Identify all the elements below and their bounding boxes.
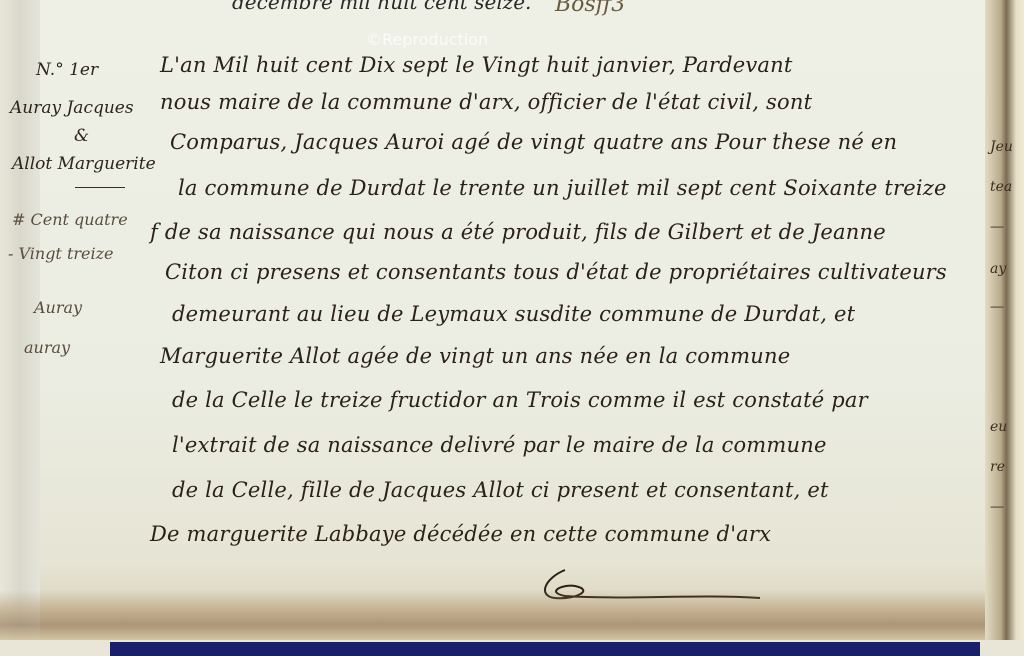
body-line-12: De marguerite Labbaye décédée en cette c…	[150, 524, 771, 545]
body-line-11: de la Celle, fille de Jacques Allot ci p…	[172, 480, 829, 501]
edge-fragment-2: tea	[990, 180, 1024, 194]
body-line-1: L'an Mil huit cent Dix sept le Vingt hui…	[160, 55, 793, 76]
margin-name-bride: Allot Marguerite	[12, 156, 156, 173]
body-line-3: Comparus, Jacques Auroi agé de vingt qua…	[170, 132, 897, 153]
body-line-7: demeurant au lieu de Leymaux susdite com…	[172, 304, 855, 325]
register-page: décembre mil huit cent seize. Bosff3 ©Re…	[0, 0, 1000, 640]
body-line-10: l'extrait de sa naissance delivré par le…	[172, 435, 827, 456]
edge-fragment-7: re	[990, 460, 1024, 474]
handwritten-header-mark: Bosff3	[555, 0, 625, 17]
body-line-4: la commune de Durdat le trente un juille…	[178, 178, 947, 199]
edge-fragment-4: ay	[990, 262, 1024, 276]
body-line-9: de la Celle le treize fructidor an Trois…	[172, 390, 868, 411]
edge-fragment-1: Jeu	[990, 140, 1024, 154]
margin-note-line-2: - Vingt treize	[8, 246, 114, 262]
blue-binding-strip	[110, 642, 980, 656]
edge-fragment-8: —	[990, 500, 1024, 514]
margin-entry-number: N.° 1er	[36, 62, 98, 79]
margin-note-line-3: Auray	[34, 300, 82, 316]
edge-fragment-3: —	[990, 220, 1024, 234]
printed-header-text: décembre mil huit cent seize.	[232, 0, 531, 14]
margin-note-line-1: # Cent quatre	[12, 212, 128, 228]
body-line-2: nous maire de la commune d'arx, officier…	[160, 92, 812, 113]
margin-note-line-4: auray	[24, 340, 70, 356]
margin-ampersand: &	[74, 128, 89, 145]
reproduction-watermark: ©Reproduction	[366, 30, 488, 49]
water-stain	[0, 590, 1000, 640]
body-line-5: f de sa naissance qui nous a été produit…	[150, 222, 886, 243]
edge-fragment-5: —	[990, 300, 1024, 314]
edge-fragment-6: eu	[990, 420, 1024, 434]
margin-underline	[75, 187, 125, 188]
body-line-8: Marguerite Allot agée de vingt un ans né…	[160, 346, 790, 367]
margin-name-groom: Auray Jacques	[10, 100, 134, 117]
body-line-6: Citon ci presens et consentants tous d'é…	[165, 262, 947, 283]
page-gutter	[0, 0, 40, 640]
adjacent-page-edge	[985, 0, 1024, 640]
